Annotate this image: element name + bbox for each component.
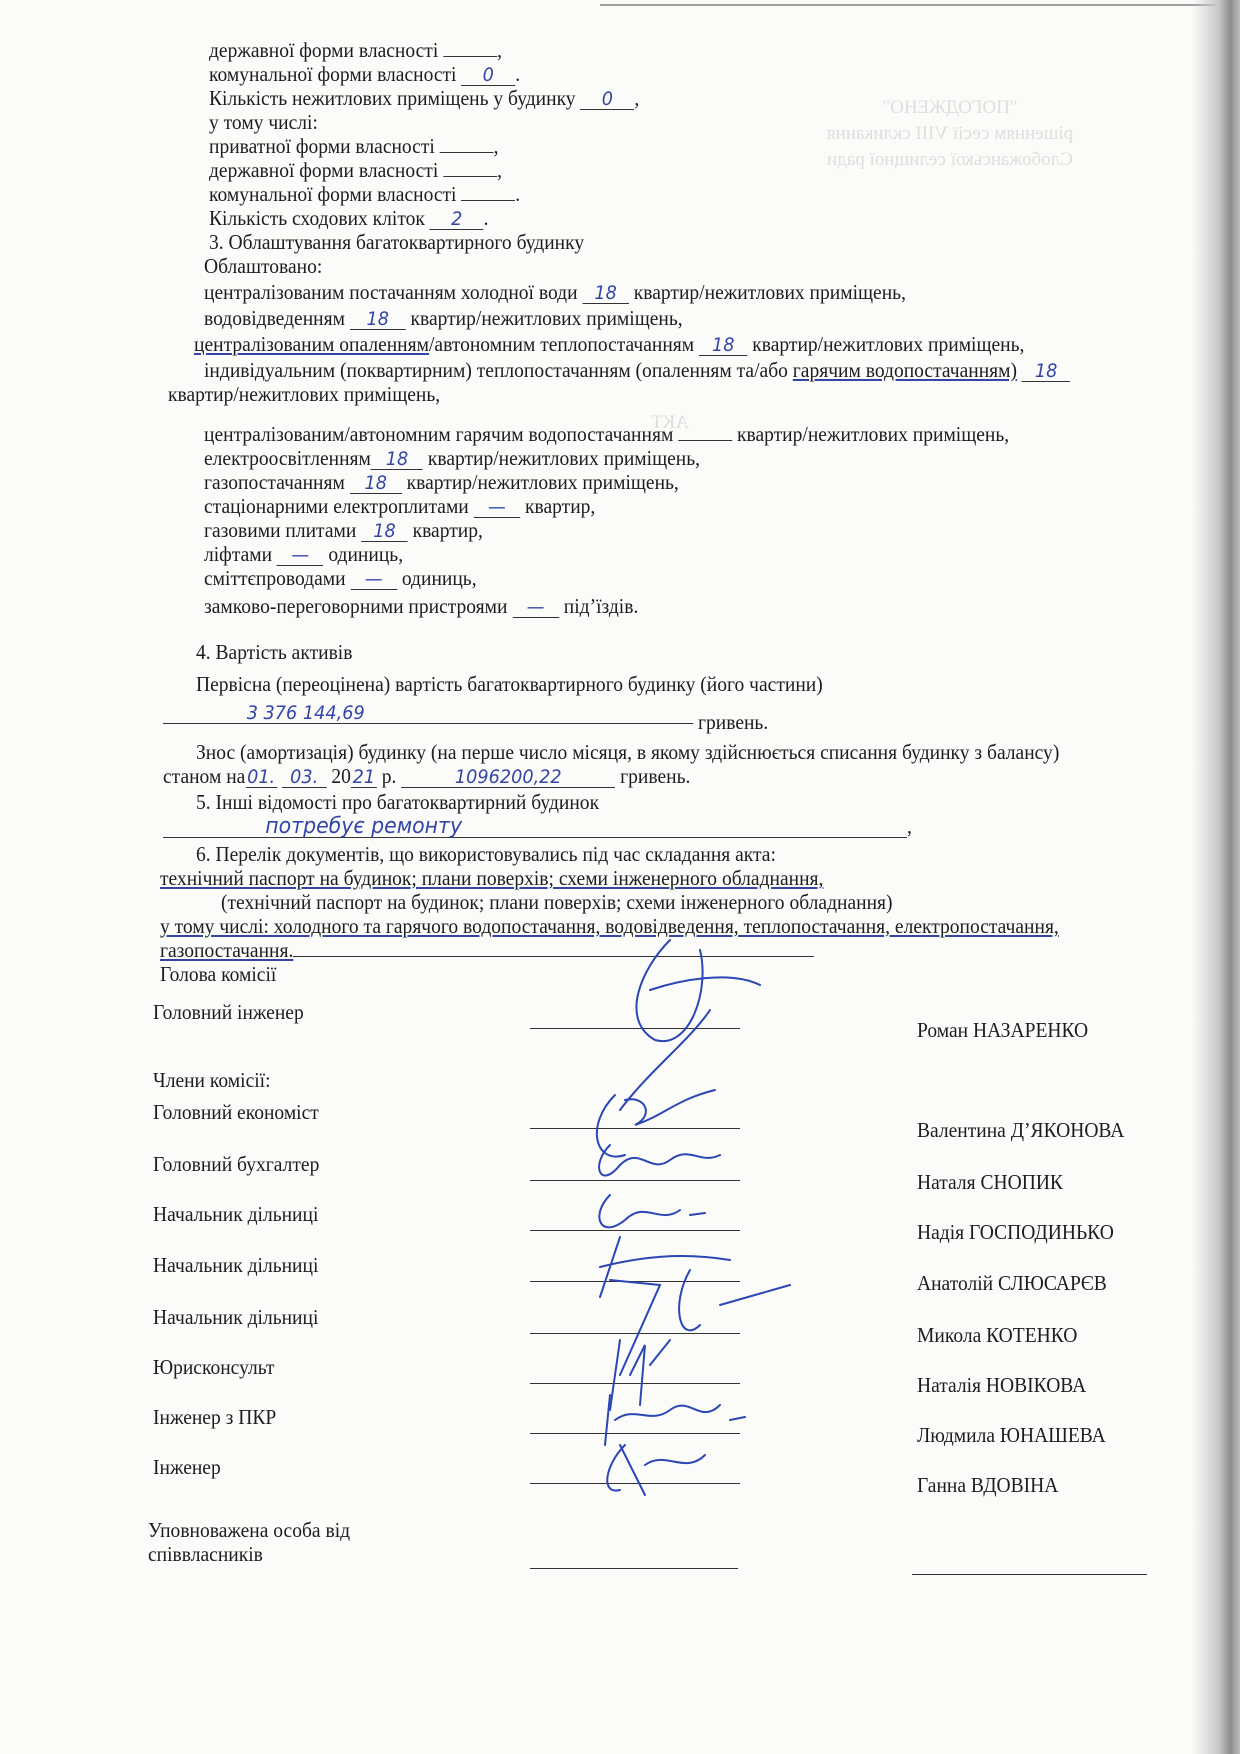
- stairwells-value: 2: [430, 209, 484, 230]
- individual-heating-unit: квартир/нежитлових приміщень,: [168, 382, 440, 406]
- sewerage-row: водовідведенням 18 квартир/нежитлових пр…: [204, 306, 683, 330]
- signatory-title: Інженер з ПКР: [153, 1405, 276, 1430]
- owner-rep-label-2: співвласників: [148, 1542, 263, 1566]
- documents-hint: (технічний паспорт на будинок; плани пов…: [221, 890, 893, 914]
- signatory-title: Головний інженер: [153, 1000, 304, 1025]
- signatory-title: Головний бухгалтер: [153, 1152, 319, 1177]
- gas-supply-row: газопостачанням 18 квартир/нежитлових пр…: [204, 470, 679, 494]
- depreciation-label: Знос (амортизація) будинку (на перше чис…: [196, 740, 1059, 764]
- signatory-title: Інженер: [153, 1455, 221, 1480]
- scan-edge: [600, 4, 1240, 6]
- private-ownership-line: приватної форми власності ,: [209, 134, 499, 158]
- engineer-signature: [585, 1435, 735, 1505]
- signatory-name: Надія ГОСПОДИНЬКО: [917, 1220, 1114, 1245]
- signatory-name: Анатолій СЛЮСАРЄВ: [917, 1271, 1107, 1296]
- state-ownership-line: державної форми власності ,: [209, 38, 502, 62]
- signatory-title: Начальник дільниці: [153, 1253, 318, 1278]
- cold-water-row: централізованим постачанням холодної вод…: [204, 280, 906, 304]
- document-page: "ПОГОДЖЕНО" рішенням сесії VIII скликанн…: [0, 0, 1240, 1754]
- initial-value-label: Первісна (переоцінена) вартість багатокв…: [196, 672, 823, 696]
- other-info-value: потребує ремонту: [163, 817, 907, 838]
- hot-water-row: централізованим/автономним гарячим водоп…: [204, 422, 1009, 446]
- owner-rep-signature-line[interactable]: [530, 1568, 738, 1569]
- state-ownership-line-2: державної форми власності ,: [209, 158, 502, 182]
- including-label: у тому числі:: [209, 110, 318, 134]
- signatory-title: Начальник дільниці: [153, 1202, 318, 1227]
- section5-title: 5. Інші відомості про багатоквартирний б…: [196, 790, 599, 814]
- members-label: Члени комісії:: [153, 1068, 271, 1092]
- heating-row: централізованим опаленням/автономним теп…: [194, 332, 1024, 356]
- communal-ownership-value: 0: [461, 65, 515, 86]
- elevators-row: ліфтами — одиниць,: [204, 542, 403, 566]
- intercoms-row: замково-переговорними пристроями — під’ї…: [204, 594, 638, 618]
- garbage-chutes-row: сміттєпроводами — одиниць,: [204, 566, 477, 590]
- section6-title: 6. Перелік документів, що використовувал…: [196, 842, 776, 866]
- communal-ownership-line-2: комунальної форми власності .: [209, 182, 520, 206]
- signatory-name: Валентина Д’ЯКОНОВА: [917, 1118, 1124, 1143]
- initial-value: 3 376 144,69: [163, 703, 693, 724]
- section5-value-line: потребує ремонту,: [163, 814, 912, 838]
- electric-stoves-row: стаціонарними електроплитами — квартир,: [204, 494, 595, 518]
- depreciation-line: станом на01. 03. 2021 р. 1096200,22 грив…: [163, 764, 690, 788]
- signatory-name: Людмила ЮНАШЕВА: [917, 1423, 1106, 1448]
- signatory-name: Микола КОТЕНКО: [917, 1323, 1077, 1348]
- depreciation-value: 1096200,22: [401, 767, 615, 788]
- nonresidential-count-value: 0: [580, 89, 634, 110]
- section3-title: 3. Облаштування багатоквартирного будинк…: [209, 230, 584, 254]
- stairwells-line: Кількість сходових кліток 2.: [209, 206, 489, 230]
- owner-rep-name-line[interactable]: [912, 1574, 1147, 1575]
- gas-stoves-row: газовими плитами 18 квартир,: [204, 518, 483, 542]
- signatory-name: Наталія НОВІКОВА: [917, 1373, 1086, 1398]
- signatory-name: Наталя СНОПИК: [917, 1170, 1063, 1195]
- individual-heating-row: індивідуальним (поквартирним) теплопоста…: [204, 358, 1070, 382]
- lighting-row: електроосвітленням18 квартир/нежитлових …: [204, 446, 700, 470]
- signatory-name: Ганна ВДОВІНА: [917, 1473, 1058, 1498]
- signatory-name: Роман НАЗАРЕНКО: [917, 1018, 1088, 1043]
- show-through-text: "ПОГОДЖЕНО" рішенням сесії VIII скликанн…: [780, 95, 1120, 173]
- signatory-title: Начальник дільниці: [153, 1305, 318, 1330]
- chair-label: Голова комісії: [160, 962, 276, 986]
- initial-value-line: 3 376 144,69 гривень.: [163, 700, 768, 724]
- section4-title: 4. Вартість активів: [196, 640, 352, 664]
- owner-rep-label-1: Уповноважена особа від: [148, 1518, 350, 1542]
- nonresidential-count-line: Кількість нежитлових приміщень у будинку…: [209, 86, 639, 110]
- signatory-title: Головний економіст: [153, 1100, 319, 1125]
- equipped-label: Облаштовано:: [204, 254, 322, 278]
- signatory-title: Юрисконсульт: [153, 1355, 274, 1380]
- documents-list: технічний паспорт на будинок; плани пове…: [160, 866, 823, 890]
- communal-ownership-line: комунальної форми власності 0.: [209, 62, 520, 86]
